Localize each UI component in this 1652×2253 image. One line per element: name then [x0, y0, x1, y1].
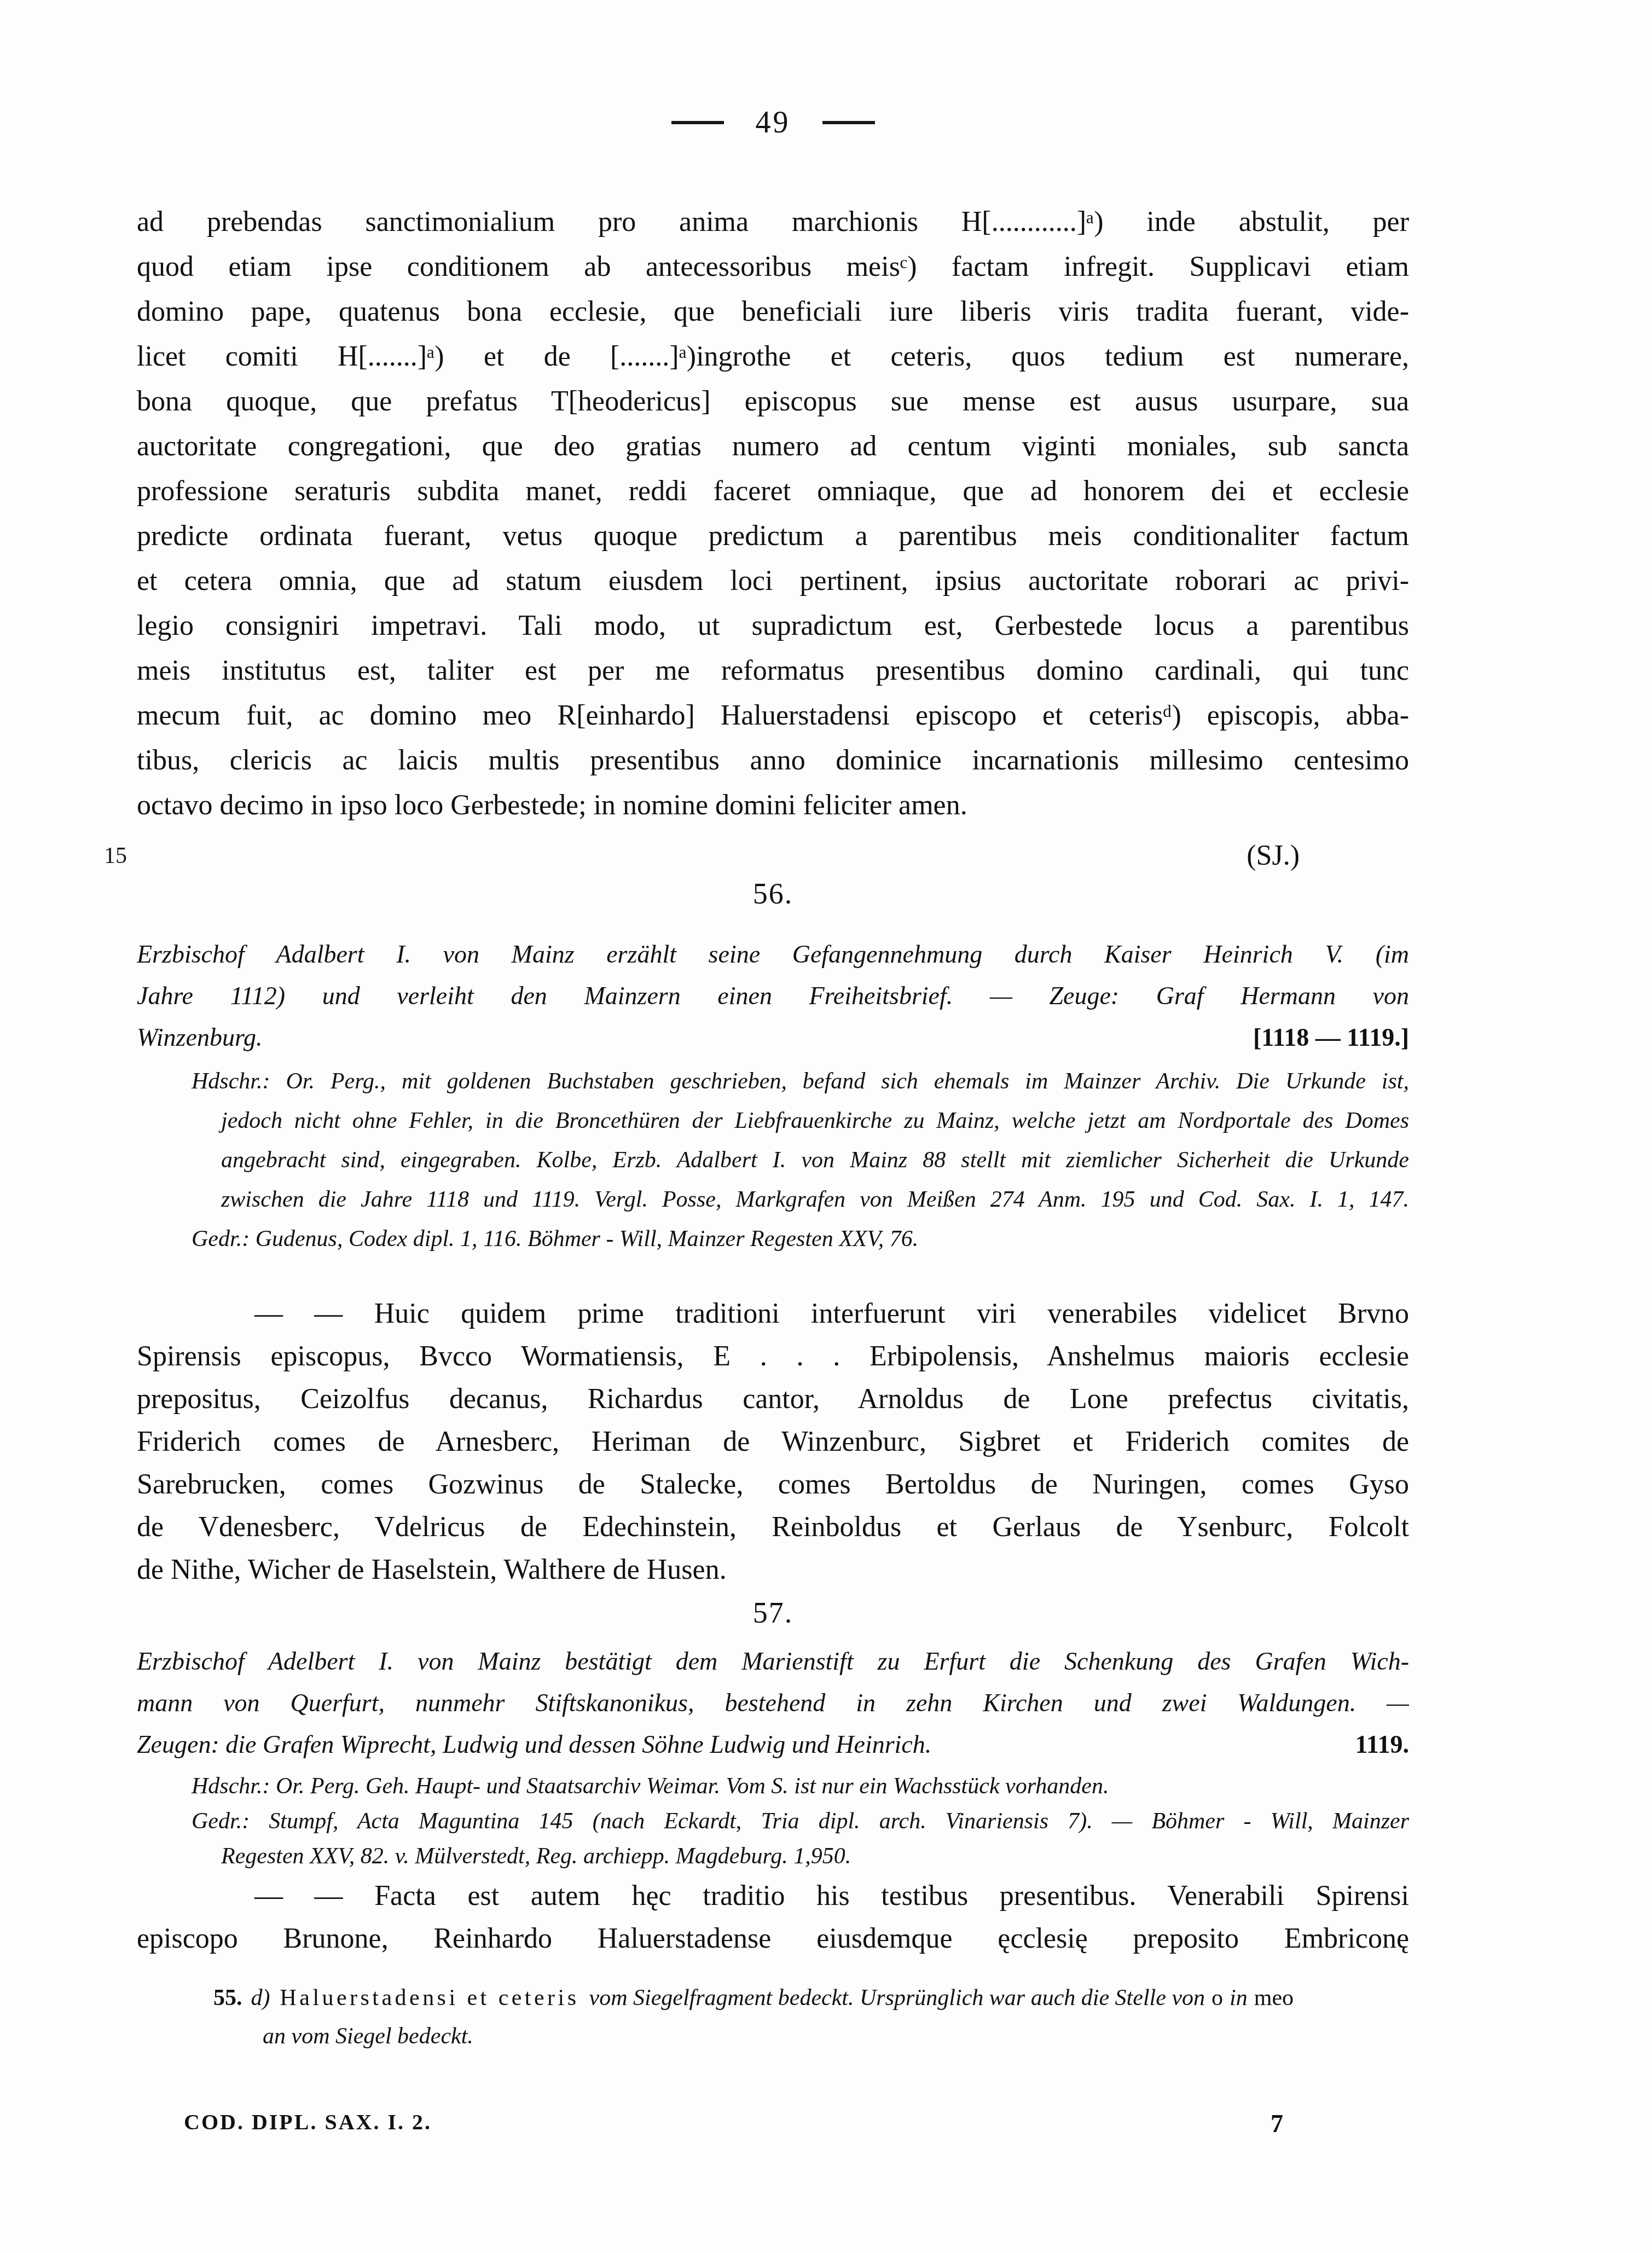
text-line: licet comiti H[.......]ᵃ) et de [.......… — [137, 334, 1409, 379]
text-line-content: episcopo Brunone, Reinhardo Haluerstaden… — [137, 1923, 1409, 1954]
document-57-regest: Erzbischof Adelbert I. von Mainz bestäti… — [137, 1641, 1409, 1765]
note-line: Hdschr.: Or. Perg. Geh. Haupt- und Staat… — [137, 1769, 1409, 1804]
regest-line: 35 Zeugen: die Grafen Wiprecht, Ludwig u… — [137, 1724, 1409, 1765]
date-badge: 1119. — [1355, 1724, 1409, 1765]
text-line-content: — — Huic quidem prime traditioni interfu… — [254, 1298, 1409, 1329]
text-line-content: Sarebrucken, comes Gozwinus de Stalecke,… — [137, 1469, 1409, 1500]
text-line-content: predicte ordinata fuerant, vetus quoque … — [137, 520, 1409, 552]
regest-line: Winzenburg. [1118 — 1119.] — [137, 1017, 1409, 1058]
header-rule-left-icon — [671, 121, 724, 124]
note-line-content: jedoch nicht ohne Fehler, in die Broncet… — [221, 1108, 1409, 1133]
text-line: 40 episcopo Brunone, Reinhardo Haluersta… — [137, 1918, 1409, 1960]
footnote-55d: 55.d)Haluerstadensi et ceterisvom Siegel… — [137, 1979, 1409, 2055]
text-line-content: de Vdenesberc, Vdelricus de Edechinstein… — [137, 1511, 1409, 1543]
text-line-content: legio consigniri impetravi. Tali modo, u… — [137, 610, 1409, 641]
regest-line-content: Winzenburg. — [137, 1017, 263, 1058]
note-line: jedoch nicht ohne Fehler, in die Broncet… — [137, 1101, 1409, 1140]
text-line: de Nithe, Wicher de Haselstein, Walthere… — [137, 1549, 1409, 1591]
header-rule-right-icon — [822, 121, 875, 124]
footnote-text: in — [1230, 1985, 1248, 2011]
regest-line: mann von Querfurt, nunmehr Stiftskanonik… — [137, 1682, 1409, 1724]
text-line: professione seraturis subdita manet, red… — [137, 469, 1409, 514]
text-line: 30 de Vdenesberc, Vdelricus de Edechinst… — [137, 1506, 1409, 1549]
document-56-regest: Erzbischof Adalbert I. von Mainz erzählt… — [137, 934, 1409, 1058]
regest-line-content: Zeugen: die Grafen Wiprecht, Ludwig und … — [137, 1724, 931, 1765]
text-line-content: Friderich comes de Arnesberc, Heriman de… — [137, 1426, 1409, 1457]
text-line: quod etiam ipse conditionem ab antecesso… — [137, 245, 1409, 289]
sheet-signature-number: 7 — [1271, 2109, 1283, 2138]
margin-line-number-15: 15 — [92, 836, 127, 876]
note-line-content: Hdschr.: Or. Perg., mit goldenen Buchsta… — [192, 1069, 1409, 1094]
text-line: Spirensis episcopus, Bvcco Wormatiensis,… — [137, 1335, 1409, 1378]
document-57-text: — — Facta est autem hęc traditio his tes… — [137, 1875, 1409, 1960]
note-line-content: angebracht sind, eingegraben. Kolbe, Erz… — [221, 1148, 1409, 1173]
text-line-content: licet comiti H[.......]ᵃ) et de [.......… — [137, 341, 1409, 372]
date-range-badge: [1118 — 1119.] — [1253, 1017, 1409, 1058]
text-line: predicte ordinata fuerant, vetus quoque … — [137, 514, 1409, 559]
page-header: 49 — [137, 105, 1409, 140]
text-line: auctoritate congregationi, que deo grati… — [137, 424, 1409, 469]
regest-line: Erzbischof Adelbert I. von Mainz bestäti… — [137, 1641, 1409, 1682]
document-number: 57. — [753, 1596, 793, 1629]
note-line: Regesten XXV, 82. v. Mülverstedt, Reg. a… — [137, 1839, 1409, 1874]
page-number: 49 — [756, 105, 791, 140]
document-56-notes: 20 Hdschr.: Or. Perg., mit goldenen Buch… — [137, 1062, 1409, 1259]
text-line-content: de Nithe, Wicher de Haselstein, Walthere… — [137, 1554, 727, 1585]
scanned-codex-page: 49 ad prebendas sanctimonialium pro anim… — [0, 0, 1652, 2253]
page-footer: COD. DIPL. SAX. I. 2. 7 — [137, 2109, 1409, 2140]
text-line-content: et cetera omnia, que ad statum eiusdem l… — [137, 565, 1409, 596]
text-line: prepositus, Ceizolfus decanus, Richardus… — [137, 1378, 1409, 1421]
text-line-content: mecum fuit, ac domino meo R[einhardo] Ha… — [137, 700, 1409, 731]
note-line-content: zwischen die Jahre 1118 und 1119. Vergl.… — [221, 1187, 1409, 1212]
document-57-number: 57. — [137, 1596, 1409, 1630]
footnote-marker-d: d) — [251, 1985, 270, 2011]
footnote-text: vom Siegelfragment bedeckt. Ursprünglich… — [589, 1985, 1205, 2011]
text-line: ad prebendas sanctimonialium pro anima m… — [137, 200, 1409, 245]
text-line-content: professione seraturis subdita manet, red… — [137, 476, 1409, 507]
footnote-lemma: Haluerstadensi et ceteris — [280, 1985, 579, 2011]
document-57-notes: Hdschr.: Or. Perg. Geh. Haupt- und Staat… — [137, 1769, 1409, 1874]
editor-initials: (SJ.) — [1247, 840, 1300, 871]
note-line-content: Gedr.: Stumpf, Acta Maguntina 145 (nach … — [192, 1809, 1409, 1834]
footnote-cited-word: meo — [1254, 1985, 1294, 2011]
document-55-signature-line: 15 (SJ.) — [137, 836, 1409, 876]
text-line-content: Spirensis episcopus, Bvcco Wormatiensis,… — [137, 1341, 1409, 1372]
text-line: mecum fuit, ac domino meo R[einhardo] Ha… — [137, 693, 1409, 738]
regest-line-content: Jahre 1112) und verleiht den Mainzern ei… — [137, 982, 1409, 1010]
text-line: octavo decimo in ipso loco Gerbestede; i… — [137, 783, 1409, 828]
text-line: domino pape, quatenus bona ecclesie, que… — [137, 289, 1409, 334]
text-line-content: auctoritate congregationi, que deo grati… — [137, 431, 1409, 462]
document-56-number: 56. — [137, 877, 1409, 911]
footnote-line: 55.d)Haluerstadensi et ceterisvom Siegel… — [137, 1979, 1409, 2017]
note-line: Gedr.: Gudenus, Codex dipl. 1, 116. Böhm… — [137, 1219, 1409, 1259]
text-line-content: meis institutus est, taliter est per me … — [137, 655, 1409, 686]
note-line: Gedr.: Stumpf, Acta Maguntina 145 (nach … — [137, 1804, 1409, 1839]
text-line-content: domino pape, quatenus bona ecclesie, que… — [137, 296, 1409, 327]
text-line-content: octavo decimo in ipso loco Gerbestede; i… — [137, 790, 967, 821]
text-line: 10 legio consigniri impetravi. Tali modo… — [137, 604, 1409, 648]
note-line-content: Regesten XXV, 82. v. Mülverstedt, Reg. a… — [221, 1844, 851, 1869]
text-line: et cetera omnia, que ad statum eiusdem l… — [137, 559, 1409, 604]
text-line: 25 — — Huic quidem prime traditioni inte… — [137, 1293, 1409, 1335]
regest-line-content: mann von Querfurt, nunmehr Stiftskanonik… — [137, 1689, 1409, 1717]
footnote-cited-letter: o — [1212, 1985, 1223, 2011]
text-line: — — Facta est autem hęc traditio his tes… — [137, 1875, 1409, 1918]
text-line: meis institutus est, taliter est per me … — [137, 648, 1409, 693]
footnote-text: an vom Siegel bedeckt. — [263, 2024, 473, 2049]
note-line: 20 Hdschr.: Or. Perg., mit goldenen Buch… — [137, 1062, 1409, 1101]
document-56-text: 25 — — Huic quidem prime traditioni inte… — [137, 1293, 1409, 1591]
text-line-content: tibus, clericis ac laicis multis present… — [137, 745, 1409, 776]
text-line: tibus, clericis ac laicis multis present… — [137, 738, 1409, 783]
text-line-content: prepositus, Ceizolfus decanus, Richardus… — [137, 1383, 1409, 1415]
note-line: zwischen die Jahre 1118 und 1119. Vergl.… — [137, 1180, 1409, 1219]
footnote-line: an vom Siegel bedeckt. — [137, 2017, 1409, 2055]
regest-line: Jahre 1112) und verleiht den Mainzern ei… — [137, 975, 1409, 1017]
note-line-content: Gedr.: Gudenus, Codex dipl. 1, 116. Böhm… — [192, 1226, 918, 1252]
text-line-content: bona quoque, que prefatus T[heodericus] … — [137, 386, 1409, 417]
text-line: Sarebrucken, comes Gozwinus de Stalecke,… — [137, 1463, 1409, 1506]
document-55-text: ad prebendas sanctimonialium pro anima m… — [137, 200, 1409, 828]
text-line: Friderich comes de Arnesberc, Heriman de… — [137, 1421, 1409, 1463]
note-line-content: Hdschr.: Or. Perg. Geh. Haupt- und Staat… — [192, 1774, 1109, 1799]
note-line: angebracht sind, eingegraben. Kolbe, Erz… — [137, 1140, 1409, 1180]
regest-line-content: Erzbischof Adalbert I. von Mainz erzählt… — [137, 940, 1409, 968]
document-number: 56. — [753, 877, 793, 910]
text-line-content: — — Facta est autem hęc traditio his tes… — [254, 1880, 1409, 1912]
footnote-document-number: 55. — [213, 1985, 242, 2011]
series-imprint: COD. DIPL. SAX. I. 2. — [184, 2109, 432, 2135]
regest-line-content: Erzbischof Adelbert I. von Mainz bestäti… — [137, 1647, 1409, 1675]
text-line-content: ad prebendas sanctimonialium pro anima m… — [137, 206, 1409, 238]
text-line: 5 bona quoque, que prefatus T[heodericus… — [137, 379, 1409, 424]
regest-line: Erzbischof Adalbert I. von Mainz erzählt… — [137, 934, 1409, 975]
text-line-content: quod etiam ipse conditionem ab antecesso… — [137, 251, 1409, 282]
